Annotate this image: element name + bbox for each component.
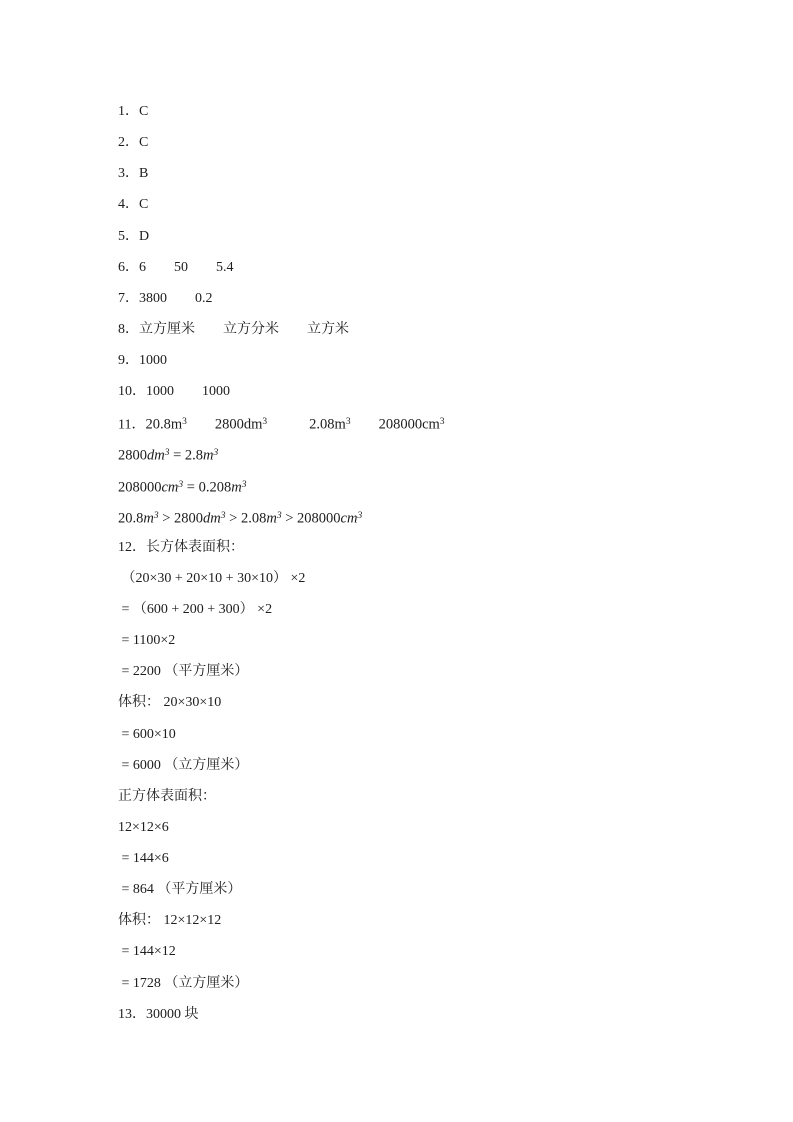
answer-11-conversion-2: 208000cm3 = 0.208m3 <box>118 470 753 501</box>
answer-4: 4．C <box>118 189 753 220</box>
answer-10: 10．1000 1000 <box>118 376 753 407</box>
answer-12-cube-volume-result: = 1728 （立方厘米） <box>118 968 753 999</box>
text-segment: m <box>266 510 276 526</box>
text-segment: m <box>231 479 241 495</box>
text-segment: 11． <box>118 418 145 433</box>
text-segment: 208000 <box>118 479 162 495</box>
text-segment: 3 <box>242 480 247 490</box>
answer-12-cuboid-surface-result: = 2200 （平方厘米） <box>118 656 753 687</box>
answer-12-cube-volume-step: = 144×12 <box>118 936 753 967</box>
answer-12-cube-surface-label: 正方体表面积： <box>118 781 753 812</box>
answer-7: 7．3800 0.2 <box>118 283 753 314</box>
text-segment: 8．立方厘米 立方分米 立方米 <box>118 322 349 337</box>
answer-12-cuboid-volume-step: = 600×10 <box>118 719 753 750</box>
text-segment: > 2.08 <box>226 510 267 526</box>
text-segment: 3 <box>214 448 219 458</box>
text-segment: = 1728 （立方厘米） <box>118 976 248 991</box>
answer-12-cuboid-surface-step-3: = 1100×2 <box>118 625 753 656</box>
answer-5: 5．D <box>118 221 753 252</box>
text-segment <box>351 418 379 433</box>
text-segment: = 600×10 <box>118 727 176 742</box>
text-segment: 正方体表面积： <box>118 789 216 804</box>
text-segment: = 2.8 <box>169 448 203 464</box>
text-segment: dm <box>203 510 221 526</box>
answer-12-cube-surface-result: = 864 （平方厘米） <box>118 874 753 905</box>
text-segment: 12×12×6 <box>118 820 169 835</box>
answer-9: 9．1000 <box>118 345 753 376</box>
answer-12-cube-surface-step-1: 12×12×6 <box>118 812 753 843</box>
text-segment: 13．30000 块 <box>118 1007 199 1022</box>
answer-12-cuboid-surface-step-1: （20×30 + 20×10 + 30×10） ×2 <box>118 563 753 594</box>
answer-12-cuboid-surface-label: 12．长方体表面积： <box>118 532 753 563</box>
text-segment: 20.8 <box>118 510 143 526</box>
text-segment: = （600 + 200 + 300） ×2 <box>118 602 272 617</box>
text-segment: 1．C <box>118 104 148 119</box>
text-segment: 6．6 50 5.4 <box>118 260 234 275</box>
answer-12-cube-volume-label: 体积： 12×12×12 <box>118 905 753 936</box>
text-segment: 20.8m <box>145 417 182 433</box>
text-segment: 3 <box>440 417 445 427</box>
text-segment <box>187 418 215 433</box>
text-segment: = 6000 （立方厘米） <box>118 758 248 773</box>
answer-11: 11．20.8m3 2800dm3 2.08m3 208000cm3 <box>118 407 753 438</box>
answer-2: 2．C <box>118 127 753 158</box>
text-segment: cm <box>162 479 179 495</box>
document-content: 1．C2．C3．B4．C5．D6．6 50 5.47．3800 0.28．立方厘… <box>118 96 753 1030</box>
text-segment: 3．B <box>118 166 148 181</box>
text-segment: 2800dm <box>215 417 263 433</box>
text-segment: 7．3800 0.2 <box>118 291 213 306</box>
text-segment: = 2200 （平方厘米） <box>118 664 248 679</box>
answer-6: 6．6 50 5.4 <box>118 252 753 283</box>
text-segment: 10．1000 1000 <box>118 384 230 399</box>
text-segment: 体积： 12×12×12 <box>118 913 221 928</box>
text-segment: dm <box>147 448 165 464</box>
text-segment: m <box>203 448 213 464</box>
document-page: 1．C2．C3．B4．C5．D6．6 50 5.47．3800 0.28．立方厘… <box>0 0 793 1122</box>
answer-12-cuboid-surface-step-2: = （600 + 200 + 300） ×2 <box>118 594 753 625</box>
text-segment: = 0.208 <box>183 479 231 495</box>
answer-12-cube-surface-step-2: = 144×6 <box>118 843 753 874</box>
text-segment: cm <box>341 510 358 526</box>
text-segment: = 144×12 <box>118 944 176 959</box>
text-segment: m <box>143 510 153 526</box>
text-segment: 5．D <box>118 229 149 244</box>
text-segment: 208000cm <box>379 417 440 433</box>
text-segment: 4．C <box>118 197 148 212</box>
answer-11-comparison: 20.8m3 > 2800dm3 > 2.08m3 > 208000cm3 <box>118 501 753 532</box>
text-segment: 9．1000 <box>118 353 167 368</box>
answer-12-cuboid-volume-result: = 6000 （立方厘米） <box>118 750 753 781</box>
answer-11-conversion-1: 2800dm3 = 2.8m3 <box>118 438 753 469</box>
text-segment: （20×30 + 20×10 + 30×10） ×2 <box>118 571 305 586</box>
answer-13: 13．30000 块 <box>118 999 753 1030</box>
answer-3: 3．B <box>118 158 753 189</box>
text-segment: > 208000 <box>282 510 341 526</box>
answer-1: 1．C <box>118 96 753 127</box>
text-segment <box>267 418 309 433</box>
text-segment: 2．C <box>118 135 148 150</box>
text-segment: 3 <box>357 511 362 521</box>
text-segment: > 2800 <box>159 510 203 526</box>
answer-8: 8．立方厘米 立方分米 立方米 <box>118 314 753 345</box>
text-segment: 12．长方体表面积： <box>118 540 244 555</box>
text-segment: = 864 （平方厘米） <box>118 882 241 897</box>
answer-12-cuboid-volume-label: 体积： 20×30×10 <box>118 687 753 718</box>
text-segment: = 1100×2 <box>118 633 175 648</box>
text-segment: 体积： 20×30×10 <box>118 695 221 710</box>
text-segment: 2.08m <box>309 417 346 433</box>
text-segment: = 144×6 <box>118 851 169 866</box>
text-segment: 2800 <box>118 448 147 464</box>
